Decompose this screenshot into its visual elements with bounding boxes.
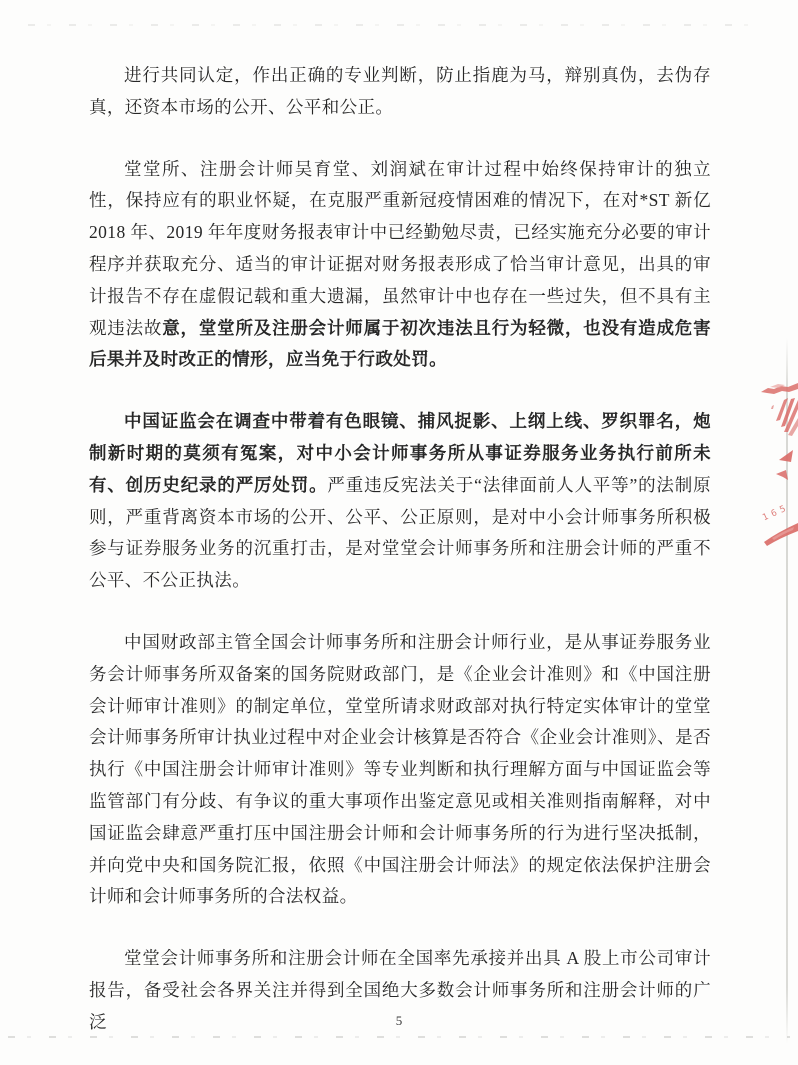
text-segment: 中国财政部主管全国会计师事务所和注册会计师行业，是从事证券服务业务会计师事务所双… xyxy=(89,632,711,906)
paragraph: 中国财政部主管全国会计师事务所和注册会计师行业，是从事证券服务业务会计师事务所双… xyxy=(89,627,711,913)
seal-stamp-fragments xyxy=(758,376,798,552)
text-segment-bold: 意，堂堂所及注册会计师属于初次违法且行为轻微，也没有造成危害后果并及时改正的情形… xyxy=(89,318,711,370)
scanned-document-page: 进行共同认定，作出正确的专业判断，防止指鹿为马，辩别真伪，去伪存真，还资本市场的… xyxy=(0,0,798,1065)
seal-stamp-icon xyxy=(758,376,798,552)
scan-artifact-line-top xyxy=(28,24,758,26)
paragraph: 进行共同认定，作出正确的专业判断，防止指鹿为马，辩别真伪，去伪存真，还资本市场的… xyxy=(89,60,711,124)
document-body: 进行共同认定，作出正确的专业判断，防止指鹿为马，辩别真伪，去伪存真，还资本市场的… xyxy=(89,60,711,1065)
text-segment: 堂堂所、注册会计师吴育堂、刘润斌在审计过程中始终保持审计的独立性，保持应有的职业… xyxy=(89,159,711,338)
paragraph: 堂堂所、注册会计师吴育堂、刘润斌在审计过程中始终保持审计的独立性，保持应有的职业… xyxy=(89,154,711,377)
text-segment: 进行共同认定，作出正确的专业判断，防止指鹿为马，辩别真伪，去伪存真，还资本市场的… xyxy=(89,65,711,117)
page-number: 5 xyxy=(0,1013,798,1029)
paragraph: 中国证监会在调查中带着有色眼镜、捕风捉影、上纲上线、罗织罪名，炮制新时期的莫须有… xyxy=(89,406,711,597)
